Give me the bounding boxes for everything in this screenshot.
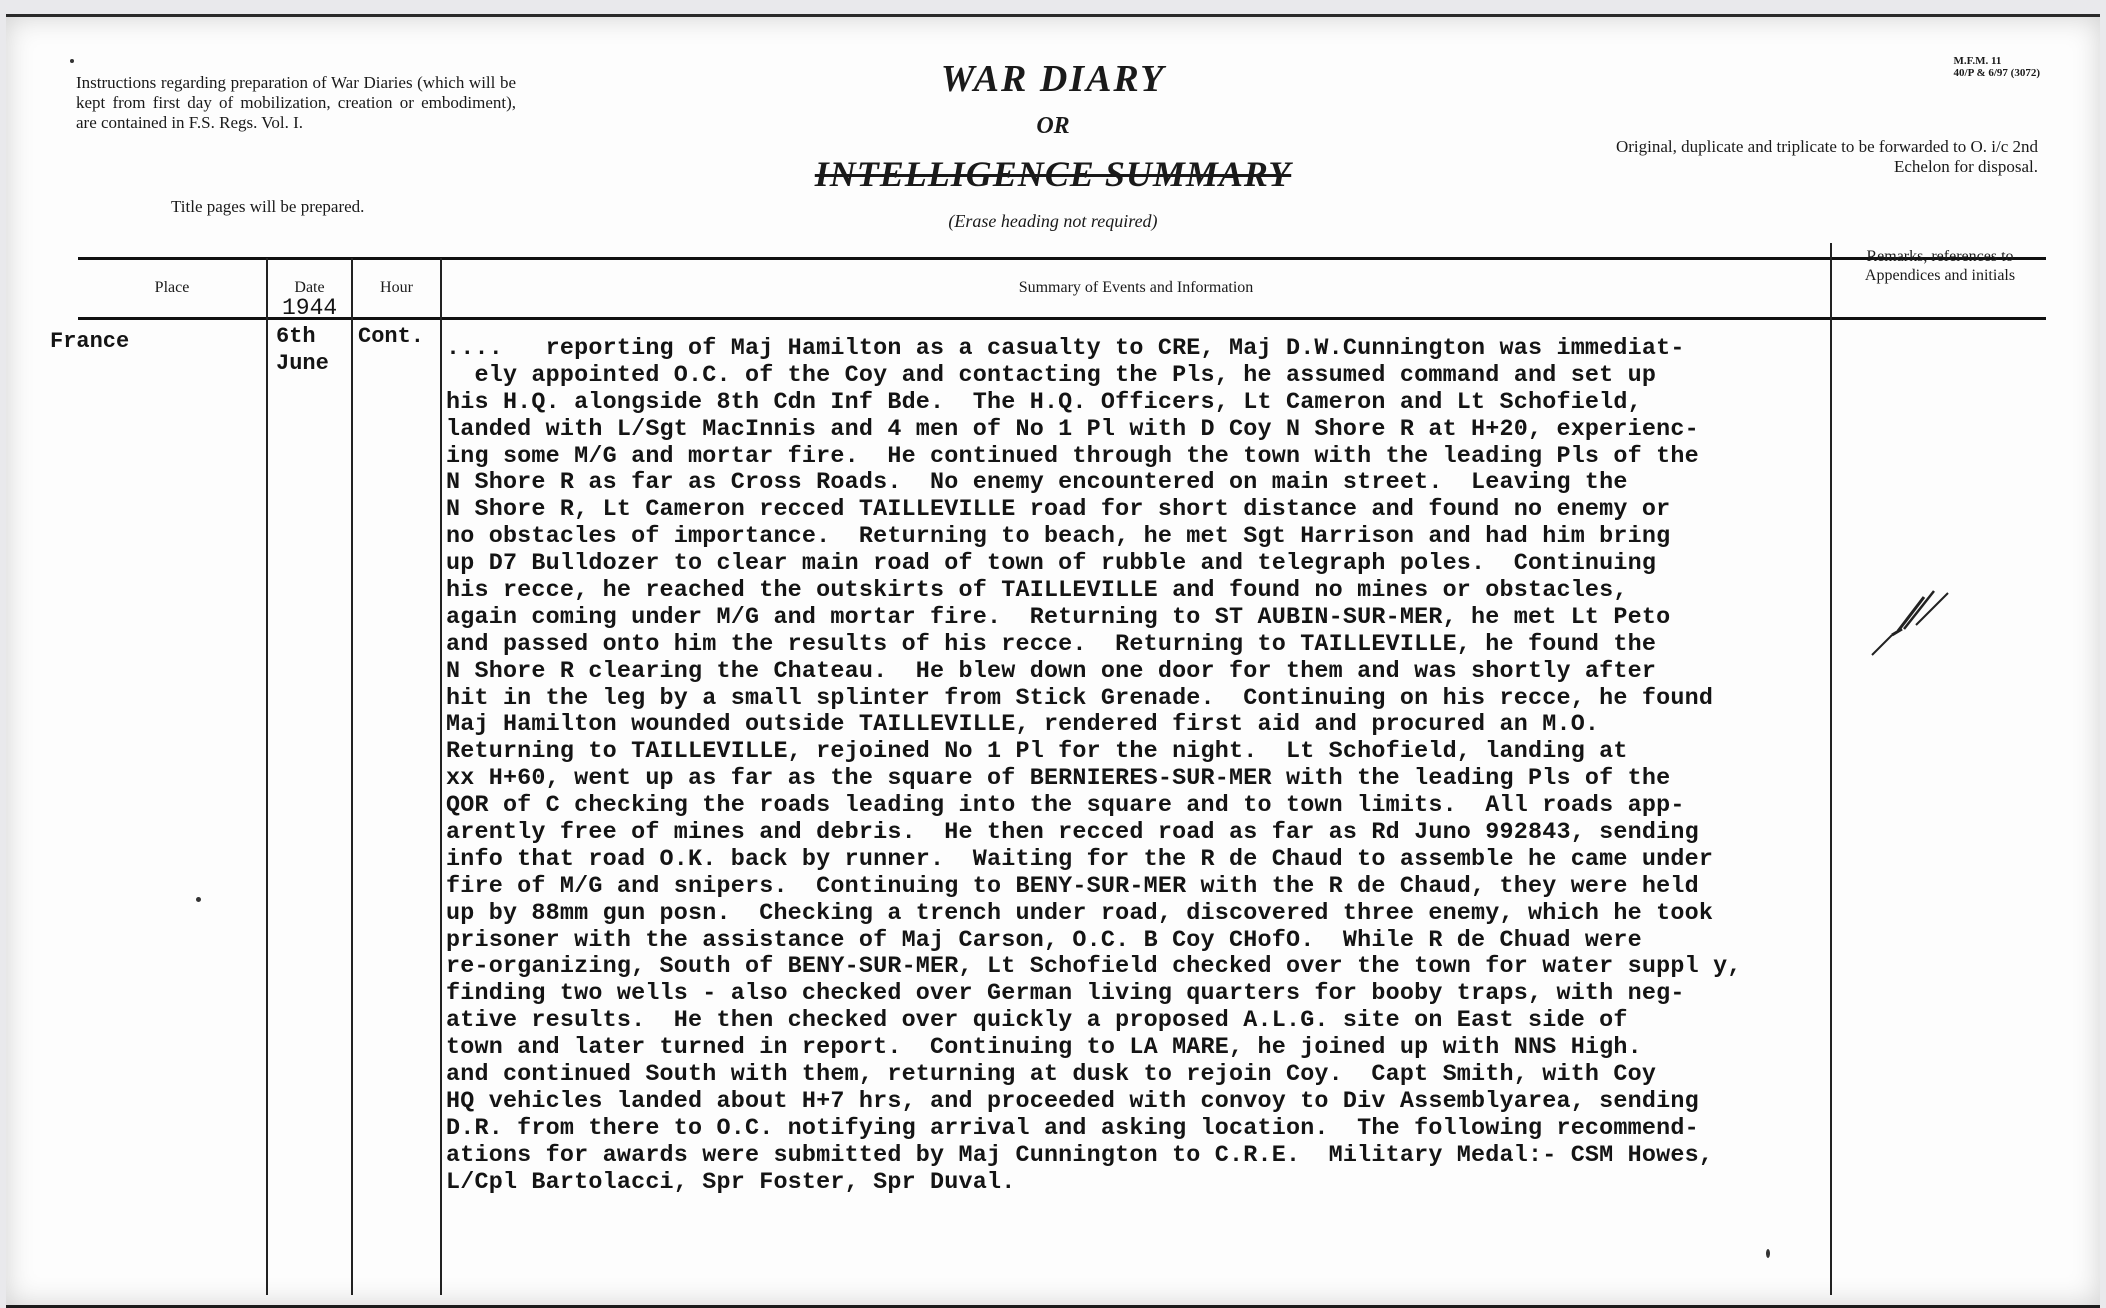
summary-line: again coming under M/G and mortar fire. … bbox=[446, 605, 1866, 632]
summary-line: up D7 Bulldozer to clear main road of to… bbox=[446, 551, 1866, 578]
summary-line: D.R. from there to O.C. notifying arriva… bbox=[446, 1116, 1866, 1143]
paper-speck bbox=[1766, 1249, 1770, 1258]
summary-line: fire of M/G and snipers. Continuing to B… bbox=[446, 874, 1866, 901]
paper-speck bbox=[196, 897, 201, 902]
column-header-place: Place bbox=[78, 279, 266, 297]
entry-date-day: 6th bbox=[276, 324, 316, 350]
title-or: OR bbox=[6, 113, 2100, 140]
summary-line: his recce, he reached the outskirts of T… bbox=[446, 578, 1866, 605]
summary-line: arently free of mines and debris. He the… bbox=[446, 820, 1866, 847]
summary-line: info that road O.K. back by runner. Wait… bbox=[446, 847, 1866, 874]
summary-line: N Shore R, Lt Cameron recced TAILLEVILLE… bbox=[446, 497, 1866, 524]
summary-line: ative results. He then checked over quic… bbox=[446, 1008, 1866, 1035]
document-title: WAR DIARY bbox=[6, 57, 2100, 101]
form-code: M.F.M. 11 40/P & 6/97 (3072) bbox=[1954, 55, 2040, 79]
summary-line: no obstacles of importance. Returning to… bbox=[446, 524, 1866, 551]
summary-line: prisoner with the assistance of Maj Cars… bbox=[446, 928, 1866, 955]
divider-hour-summary bbox=[440, 258, 442, 1295]
entry-place: France bbox=[50, 329, 129, 355]
summary-line: hit in the leg by a small splinter from … bbox=[446, 686, 1866, 713]
entry-date-month: June bbox=[276, 351, 329, 377]
summary-line: his H.Q. alongside 8th Cdn Inf Bde. The … bbox=[446, 390, 1866, 417]
year-label: 1944 bbox=[282, 295, 337, 321]
summary-line: ely appointed O.C. of the Coy and contac… bbox=[446, 363, 1866, 390]
divider-place-date bbox=[266, 258, 268, 1295]
table-top-rule bbox=[78, 257, 2046, 260]
summary-line: xx H+60, went up as far as the square of… bbox=[446, 766, 1866, 793]
summary-line: L/Cpl Bartolacci, Spr Foster, Spr Duval. bbox=[446, 1170, 1866, 1197]
summary-line: up by 88mm gun posn. Checking a trench u… bbox=[446, 901, 1866, 928]
war-diary-page: Instructions regarding preparation of Wa… bbox=[6, 14, 2100, 1308]
summary-line: Returning to TAILLEVILLE, rejoined No 1 … bbox=[446, 739, 1866, 766]
summary-line: landed with L/Sgt MacInnis and 4 men of … bbox=[446, 417, 1866, 444]
summary-line: and passed onto him the results of his r… bbox=[446, 632, 1866, 659]
entry-hour: Cont. bbox=[358, 324, 424, 350]
summary-line: .... reporting of Maj Hamilton as a casu… bbox=[446, 336, 1866, 363]
summary-line: re-organizing, South of BENY-SUR-MER, Lt… bbox=[446, 954, 1866, 981]
header-bottom-rule bbox=[78, 317, 2046, 320]
paper-speck bbox=[70, 59, 74, 63]
column-header-remarks: Remarks, references to Appendices and in… bbox=[1834, 247, 2046, 285]
form-code-line-2: 40/P & 6/97 (3072) bbox=[1954, 67, 2040, 79]
forwarding-note: Original, duplicate and triplicate to be… bbox=[1558, 137, 2038, 177]
form-code-line-1: M.F.M. 11 bbox=[1954, 55, 2040, 67]
summary-line: Maj Hamilton wounded outside TAILLEVILLE… bbox=[446, 712, 1866, 739]
summary-line: QOR of C checking the roads leading into… bbox=[446, 793, 1866, 820]
summary-line: and continued South with them, returning… bbox=[446, 1062, 1866, 1089]
erase-heading-note: (Erase heading not required) bbox=[6, 211, 2100, 232]
summary-line: ing some M/G and mortar fire. He continu… bbox=[446, 444, 1866, 471]
column-header-hour: Hour bbox=[353, 279, 440, 297]
summary-line: town and later turned in report. Continu… bbox=[446, 1035, 1866, 1062]
summary-line: N Shore R as far as Cross Roads. No enem… bbox=[446, 470, 1866, 497]
summary-line: finding two wells - also checked over Ge… bbox=[446, 981, 1866, 1008]
summary-line: HQ vehicles landed about H+7 hrs, and pr… bbox=[446, 1089, 1866, 1116]
summary-line: ations for awards were submitted by Maj … bbox=[446, 1143, 1866, 1170]
summary-of-events: .... reporting of Maj Hamilton as a casu… bbox=[446, 336, 1866, 1197]
handwritten-initials bbox=[1864, 577, 1964, 667]
summary-line: N Shore R clearing the Chateau. He blew … bbox=[446, 659, 1866, 686]
divider-date-hour bbox=[351, 258, 353, 1295]
column-header-summary: Summary of Events and Information bbox=[442, 279, 1830, 297]
